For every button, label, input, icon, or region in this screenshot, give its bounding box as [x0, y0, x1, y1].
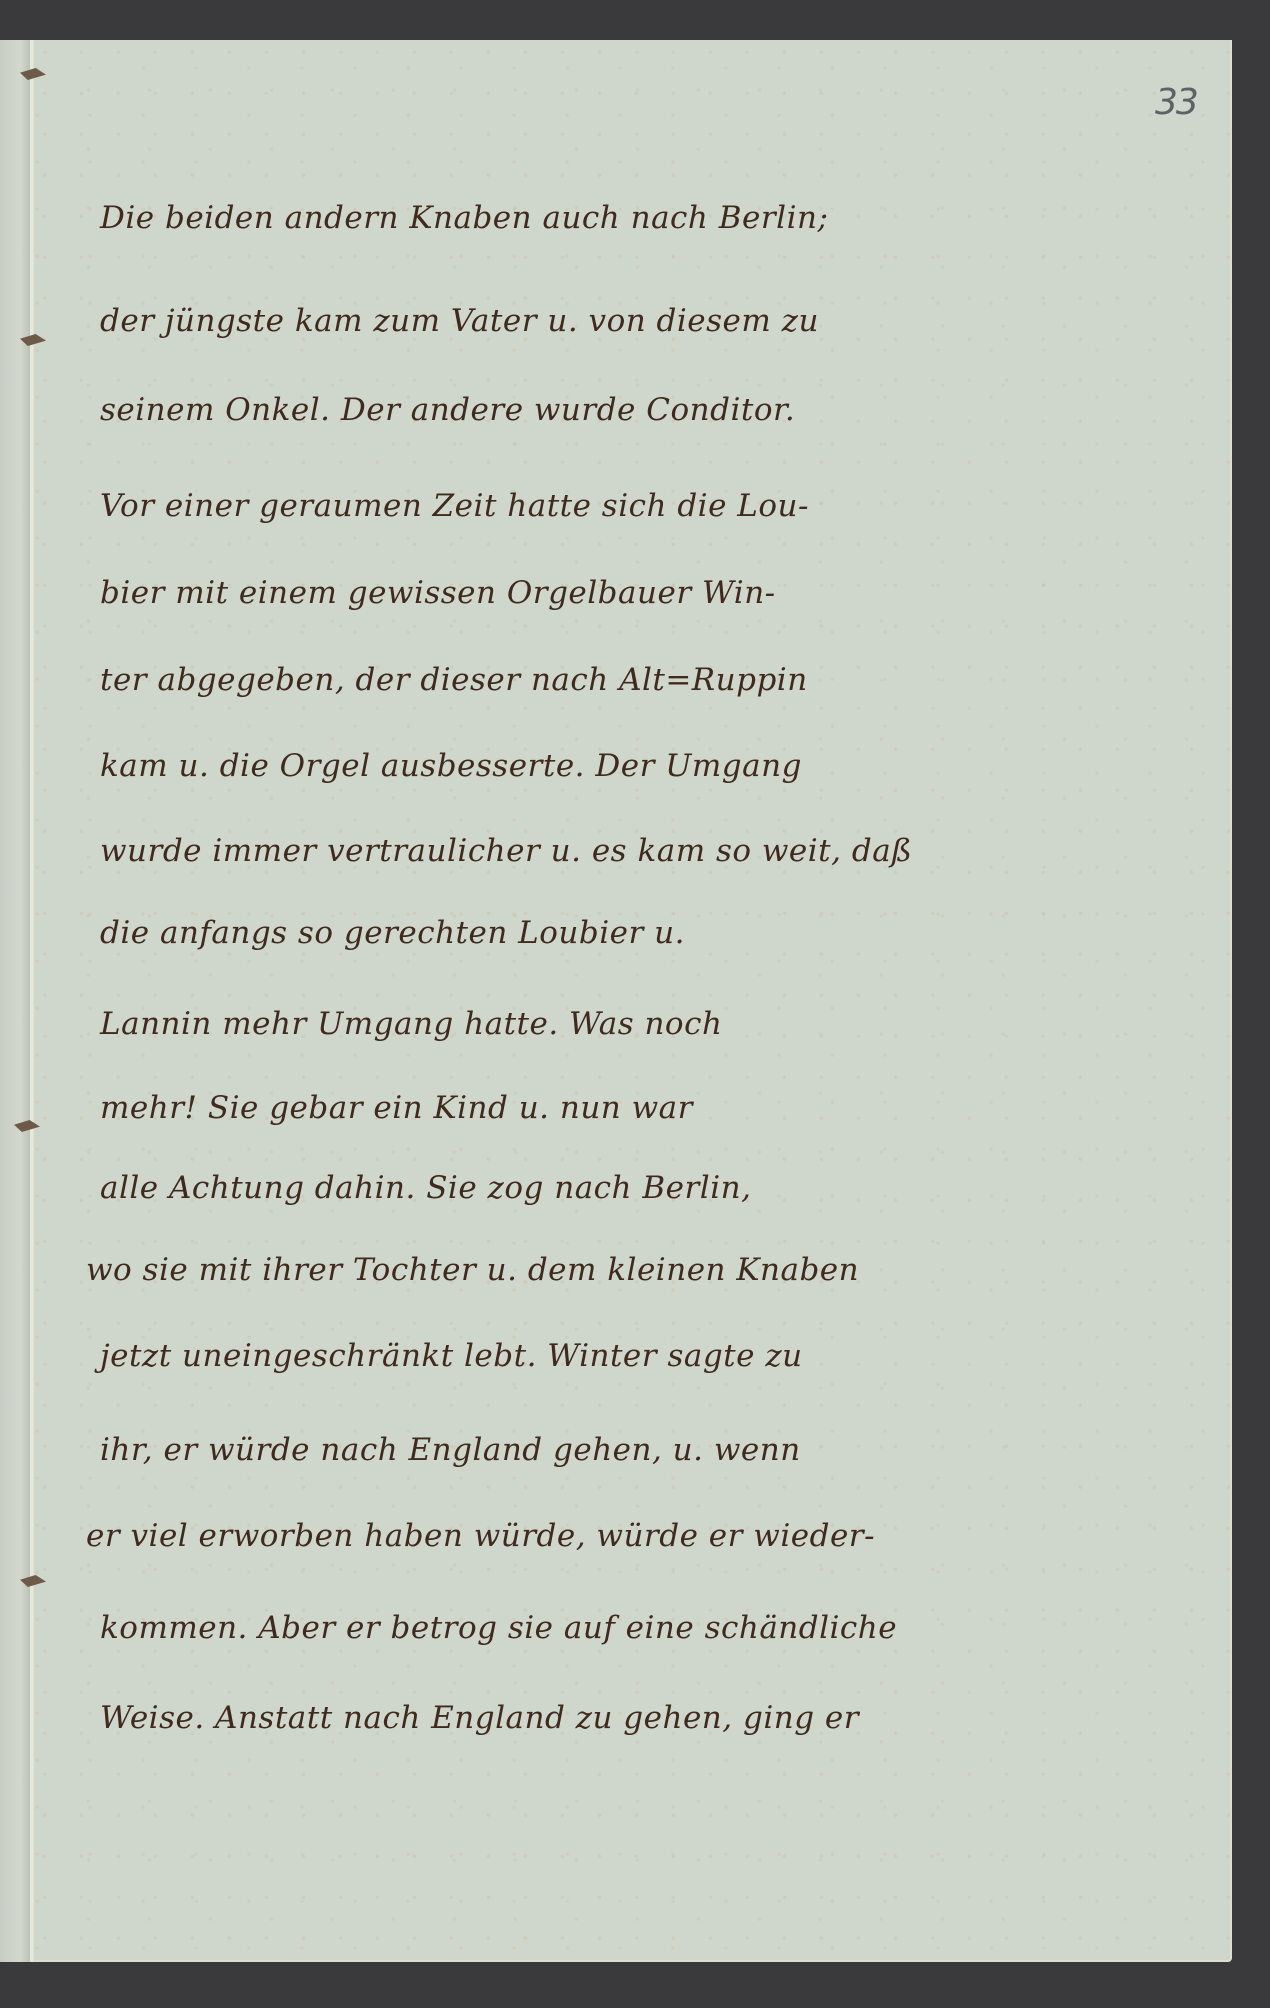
text-line: Lannin mehr Umgang hatte. Was noch — [100, 1006, 722, 1042]
text-line: er viel erworben haben würde, würde er w… — [86, 1518, 875, 1554]
text-line: Vor einer geraumen Zeit hatte sich die L… — [100, 488, 809, 524]
folio-number: 33 — [1155, 82, 1197, 123]
text-line: jetzt uneingeschränkt lebt. Winter sagte… — [100, 1338, 803, 1374]
text-line: bier mit einem gewissen Orgelbauer Win- — [100, 575, 776, 611]
text-line: Die beiden andern Knaben auch nach Berli… — [100, 200, 828, 236]
text-line: Weise. Anstatt nach England zu gehen, gi… — [100, 1700, 859, 1736]
text-line: seinem Onkel. Der andere wurde Conditor. — [100, 392, 795, 428]
text-line: kam u. die Orgel ausbesserte. Der Umgang — [100, 748, 802, 784]
gutter-fold-line — [30, 40, 33, 1962]
text-line: die anfangs so gerechten Loubier u. — [100, 915, 685, 951]
text-line: der jüngste kam zum Vater u. von diesem … — [100, 303, 819, 339]
text-line: kommen. Aber er betrog sie auf eine schä… — [100, 1610, 897, 1646]
text-line: mehr! Sie gebar ein Kind u. nun war — [100, 1090, 693, 1126]
text-line: ihr, er würde nach England gehen, u. wen… — [100, 1432, 801, 1468]
text-line: alle Achtung dahin. Sie zog nach Berlin, — [100, 1170, 751, 1206]
text-line: wo sie mit ihrer Tochter u. dem kleinen … — [86, 1252, 859, 1288]
text-line: ter abgegeben, der dieser nach Alt=Ruppi… — [100, 662, 808, 698]
text-line: wurde immer vertraulicher u. es kam so w… — [100, 833, 912, 869]
binding-gutter — [0, 40, 34, 1962]
